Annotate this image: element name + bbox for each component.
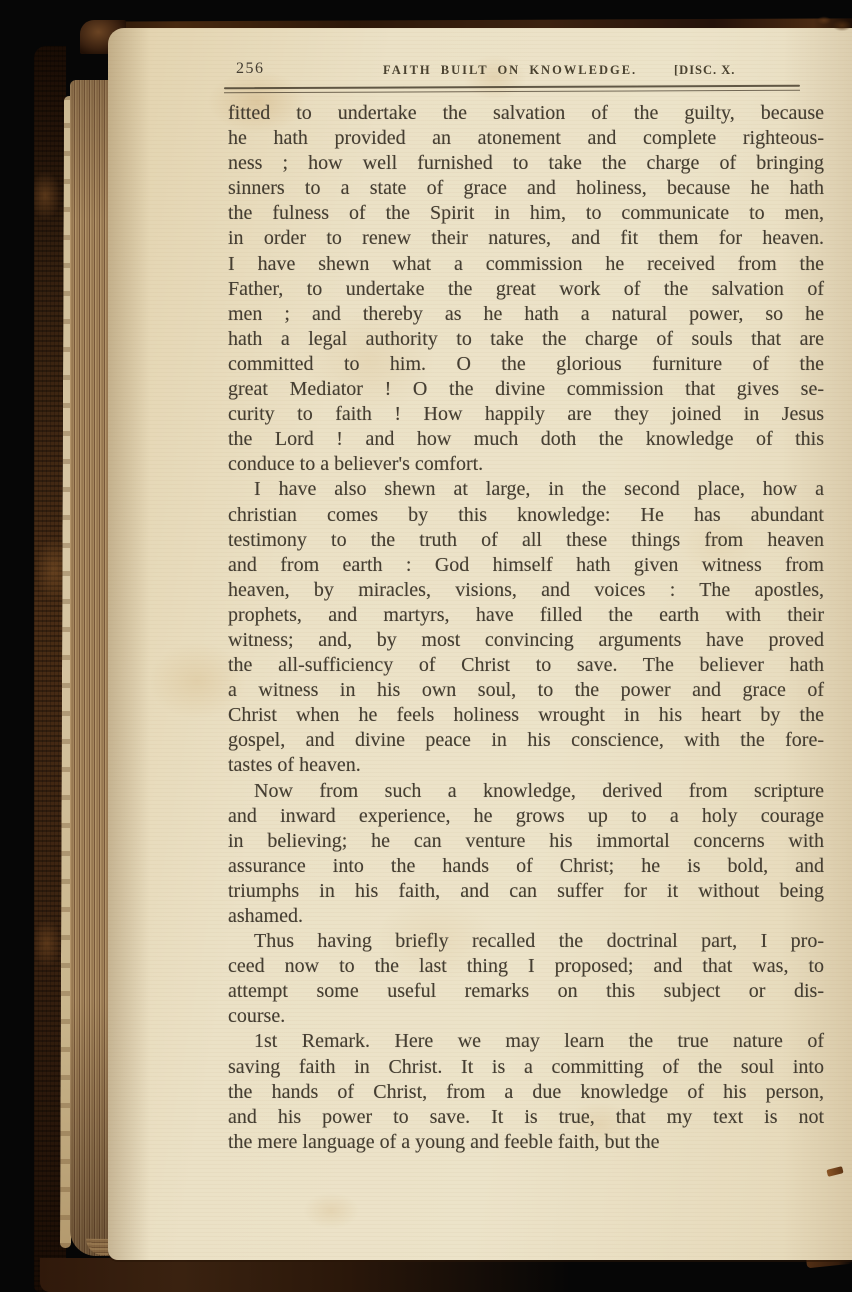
text-line: ashamed. (228, 904, 824, 929)
text-line: attempt some useful remarks on this subj… (228, 979, 824, 1004)
text-line: ceed now to the last thing I proposed; a… (228, 954, 824, 979)
text-line: Christ when he feels holiness wrought in… (228, 703, 824, 728)
text-line: Thus having briefly recalled the doctrin… (228, 929, 824, 954)
paragraph: Thus having briefly recalled the doctrin… (228, 929, 824, 1029)
text-line: a witness in his own soul, to the power … (228, 678, 824, 703)
text-line: christian comes by this knowledge: He ha… (228, 503, 824, 528)
text-block: fitted to undertake the salvation of the… (228, 101, 824, 1155)
text-line: tastes of heaven. (228, 753, 824, 778)
discourse-label: [DISC. X. (674, 63, 735, 78)
text-line: course. (228, 1004, 824, 1029)
text-line: he hath provided an atonement and comple… (228, 126, 824, 151)
text-line: great Mediator ! O the divine commission… (228, 377, 824, 402)
text-line: heaven, by miracles, visions, and voices… (228, 578, 824, 603)
text-line: Now from such a knowledge, derived from … (228, 779, 824, 804)
paragraph: 1st Remark. Here we may learn the true n… (228, 1029, 824, 1154)
text-line: sinners to a state of grace and holiness… (228, 176, 824, 201)
text-line: the all-sufficiency of Christ to save. T… (228, 653, 824, 678)
text-line: the fulness of the Spirit in him, to com… (228, 201, 824, 226)
text-line: committed to him. O the glorious furnitu… (228, 352, 824, 377)
paragraph: I have also shewn at large, in the secon… (228, 477, 824, 778)
text-line: ness ; how well furnished to take the ch… (228, 151, 824, 176)
text-line: I have shewn what a commission he receiv… (228, 252, 824, 277)
text-line: saving faith in Christ. It is a committi… (228, 1055, 824, 1080)
header-rule-thin (224, 90, 800, 94)
text-line: the mere language of a young and feeble … (228, 1130, 824, 1155)
text-line: in order to renew their natures, and fit… (228, 226, 824, 251)
text-line: triumphs in his faith, and can suffer fo… (228, 879, 824, 904)
header-rule-thick (224, 85, 800, 90)
paragraph: Now from such a knowledge, derived from … (228, 779, 824, 930)
cover-edge-debris (812, 10, 852, 36)
paragraph: fitted to undertake the salvation of the… (228, 101, 824, 477)
text-line: men ; and thereby as he hath a natural p… (228, 302, 824, 327)
book-page: 256 FAITH BUILT ON KNOWLEDGE. [DISC. X. … (108, 28, 852, 1260)
text-line: curity to faith ! How happily are they j… (228, 402, 824, 427)
text-line: and inward experience, he grows up to a … (228, 804, 824, 829)
text-line: fitted to undertake the salvation of the… (228, 101, 824, 126)
text-line: 1st Remark. Here we may learn the true n… (228, 1029, 824, 1054)
text-line: conduce to a believer's comfort. (228, 452, 824, 477)
page-header: 256 FAITH BUILT ON KNOWLEDGE. [DISC. X. (108, 60, 852, 82)
text-line: the hands of Christ, from a due knowledg… (228, 1080, 824, 1105)
text-line: testimony to the truth of all these thin… (228, 528, 824, 553)
text-line: witness; and, by most convincing argumen… (228, 628, 824, 653)
text-line: and from earth : God himself hath given … (228, 553, 824, 578)
text-line: in believing; he can venture his immorta… (228, 829, 824, 854)
text-line: the Lord ! and how much doth the knowled… (228, 427, 824, 452)
text-line: hath a legal authority to take the charg… (228, 327, 824, 352)
book-scan: 256 FAITH BUILT ON KNOWLEDGE. [DISC. X. … (0, 0, 852, 1292)
text-line: assurance into the hands of Christ; he i… (228, 854, 824, 879)
text-line: prophets, and martyrs, have filled the e… (228, 603, 824, 628)
page-fore-edges (70, 80, 112, 1256)
text-line: I have also shewn at large, in the secon… (228, 477, 824, 502)
page-blemish (826, 1166, 843, 1177)
running-head: FAITH BUILT ON KNOWLEDGE. (383, 63, 637, 78)
book-cover-bottom-edge (40, 1258, 600, 1292)
text-line: Father, to undertake the great work of t… (228, 277, 824, 302)
header-rule (224, 85, 800, 94)
text-line: and his power to save. It is true, that … (228, 1105, 824, 1130)
text-line: gospel, and divine peace in his conscien… (228, 728, 824, 753)
page-number: 256 (236, 60, 265, 78)
